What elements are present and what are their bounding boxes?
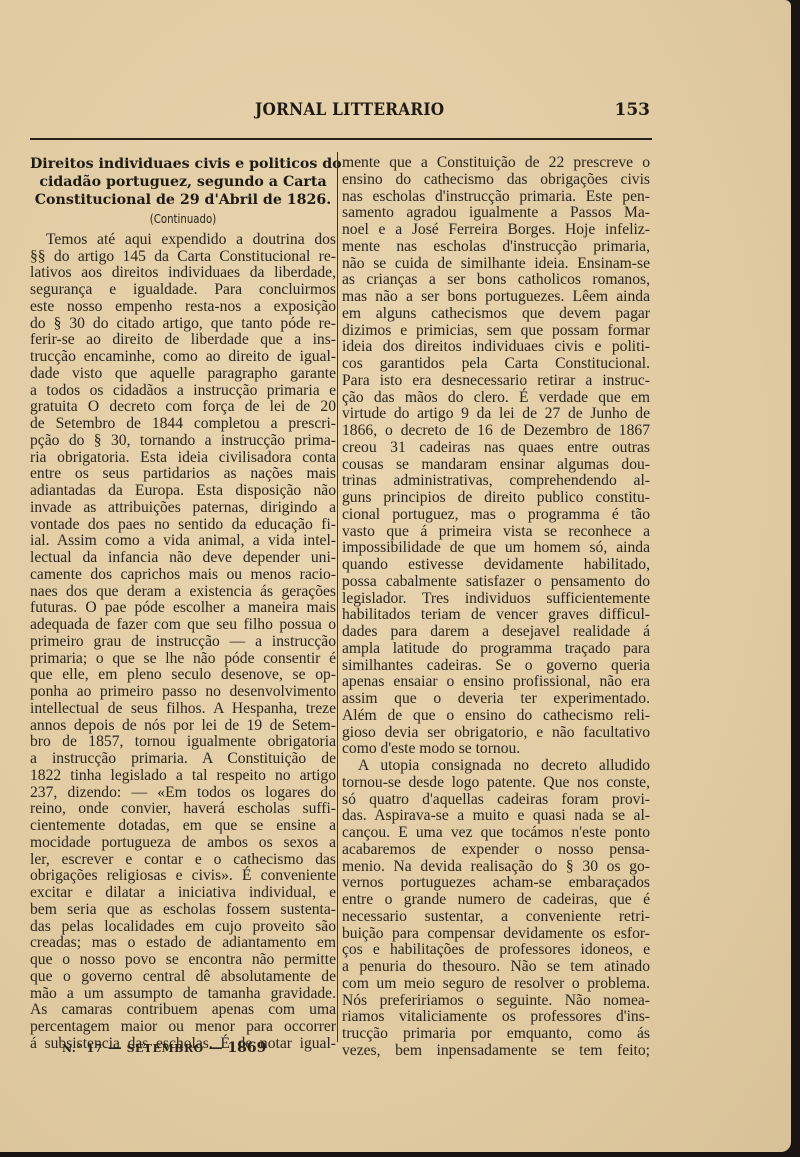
text-line: em alguns cathecismos que devem pagar xyxy=(342,306,650,323)
running-head: JORNAL LITTERARIO 153 xyxy=(30,100,650,124)
text-line: reino, onde convier, haverá escholas suf… xyxy=(30,801,336,818)
text-line: guns principios de direito publico const… xyxy=(342,490,650,507)
text-line: futuras. O pae póde escolher a maneira m… xyxy=(30,600,336,617)
text-line: gioso devia ser obrigatorio, e não facul… xyxy=(342,725,650,742)
footer-separator: — xyxy=(108,1040,122,1056)
text-line: samento agradou igualmente a Passos Ma- xyxy=(342,205,650,222)
text-line: ial. Assim como a vida animal, a vida in… xyxy=(30,533,336,550)
text-line: a penuria do thesouro. Não se tem atinad… xyxy=(342,959,650,976)
text-line: camente dos caprichos mais ou menos raci… xyxy=(30,567,336,584)
text-line: dades para darem a desejavel realidade á xyxy=(342,624,650,641)
text-line: segurança e igualdade. Para concluirmos xyxy=(30,282,336,299)
text-line: ampla latitude do programma traçado para xyxy=(342,641,650,658)
text-line: mente nas escholas d'instrucção primaria… xyxy=(342,239,650,256)
text-line: dizimos e primicias, sem que possam form… xyxy=(342,323,650,340)
text-line: primaria; o que se lhe não póde consenti… xyxy=(30,651,336,668)
text-line: com um meio seguro de resolver o problem… xyxy=(342,976,650,993)
text-line: percentagem maior ou menor para occorrer xyxy=(30,1019,336,1036)
text-line: tornou-se desde logo patente. Que nos co… xyxy=(342,775,650,792)
text-line: habilitados teriam de vencer graves diff… xyxy=(342,607,650,624)
text-line: ria obrigatoria. Esta ideia civilisadora… xyxy=(30,450,336,467)
text-line: menio. Na devida realisação do § 30 os g… xyxy=(342,859,650,876)
text-line: a todos os cidadãos a instrucção primari… xyxy=(30,383,336,400)
text-line: que o nosso povo se encontra não permitt… xyxy=(30,952,336,969)
text-line: que elle, em pleno seculo desenove, se o… xyxy=(30,667,336,684)
text-line: ção das mãos do clero. É verdade que em xyxy=(342,390,650,407)
text-line: pção do § 30, tornando a instrucção prim… xyxy=(30,433,336,450)
text-line: noel e a José Ferreira Borges. Hoje infe… xyxy=(342,222,650,239)
text-line: entre os seus partidarios as nações mais xyxy=(30,466,336,483)
text-line: similhantes cadeiras. Se o governo queri… xyxy=(342,658,650,675)
text-line: legislador. Tres individuos sufficientem… xyxy=(342,591,650,608)
text-line: do § 30 do citado artigo, que tanto póde… xyxy=(30,316,336,333)
text-line: cientemente dotadas, em que se ensine a xyxy=(30,818,336,835)
issue-month: SETEMBRO xyxy=(127,1042,204,1055)
text-line: §§ do artigo 145 da Carta Constitucional… xyxy=(30,249,336,266)
newspaper-page: JORNAL LITTERARIO 153 Direitos individua… xyxy=(0,0,791,1152)
column-divider xyxy=(337,152,338,1042)
text-line: trucção primaria por emquanto, como ás xyxy=(342,1026,650,1043)
text-line: vernos portuguezes acham-se embaraçados xyxy=(342,875,650,892)
text-line: mente que a Constituição de 22 prescreve… xyxy=(342,155,650,172)
text-line: Além de que o ensino do cathecismo reli- xyxy=(342,708,650,725)
text-line: adequada de fazer com que seu filho poss… xyxy=(30,617,336,634)
text-line: excitar e dilatar a iniciativa individua… xyxy=(30,885,336,902)
text-line: Para isto era desnecessario retirar a in… xyxy=(342,373,650,390)
text-line: ideia dos direitos individuaes civis e p… xyxy=(342,339,650,356)
header-rule xyxy=(30,138,652,140)
page-number: 153 xyxy=(615,100,651,120)
text-line: intellectual de seus filhos. A Hespanha,… xyxy=(30,701,336,718)
text-line: 1822 tinha legislado a tal respeito no a… xyxy=(30,768,336,785)
text-line: apenas ensaiar o ensino profissional, nã… xyxy=(342,674,650,691)
left-column-body: Temos até aqui expendido a doutrina dos§… xyxy=(30,232,336,1053)
text-line: naes dos que deram a existencia ás geraç… xyxy=(30,584,336,601)
text-line: as crianças a ser bons catholicos romano… xyxy=(342,272,650,289)
text-line: das pelas localidades em cujo proveito s… xyxy=(30,919,336,936)
text-line: ler, escrever e contar e o cathecismo da… xyxy=(30,852,336,869)
text-line: das. Aspirava-se a muito e quasi nada se… xyxy=(342,808,650,825)
text-line: vezes, bem inpensadamente se tem feito; xyxy=(342,1043,650,1060)
text-line: como d'este modo se tornou. xyxy=(342,741,650,758)
article-title-line: Constitucional de 29 d'Abril de 1826. xyxy=(30,191,336,209)
text-line: impossibilidade de que um homem só, aind… xyxy=(342,540,650,557)
text-line: obrigações religiosas e civis». É conven… xyxy=(30,868,336,885)
text-line: 237, dizendo: — «Em todos os logares do xyxy=(30,785,336,802)
text-line: vasto que á primeira vista se reconhece … xyxy=(342,524,650,541)
text-line: adiantadas da Europa. Esta disposição nã… xyxy=(30,483,336,500)
text-line: que o governo central dê absolutamente d… xyxy=(30,969,336,986)
text-line: possa cabalmente satisfazer o pensamento… xyxy=(342,574,650,591)
issue-year: 1869 xyxy=(227,1040,266,1056)
text-line: a instrucção primaria. A Constituição de xyxy=(30,751,336,768)
left-column: Direitos individuaes civis e politicos d… xyxy=(30,155,336,1053)
text-line: de Setembro de 1844 completou a prescri- xyxy=(30,416,336,433)
text-line: cousas se mandaram ensinar algumas dou- xyxy=(342,457,650,474)
text-line: Temos até aqui expendido a doutrina dos xyxy=(30,232,336,249)
text-line: invade as attribuições paternas, dirigin… xyxy=(30,500,336,517)
continued-label: (Continuado) xyxy=(53,211,313,228)
text-line: entre o grande numero de cadeiras, que é xyxy=(342,892,650,909)
text-line: A utopia consignada no decreto alludido xyxy=(342,758,650,775)
text-line: trinas administrativas, comprehendendo a… xyxy=(342,473,650,490)
article-title: Direitos individuaes civis e politicos d… xyxy=(30,155,336,209)
text-line: mas não a ser bons portuguezes. Lêem ain… xyxy=(342,289,650,306)
text-line: buição para compensar devidamente os esf… xyxy=(342,926,650,943)
text-line: gratuita O decreto com força de lei de 2… xyxy=(30,399,336,416)
text-line: não se cuida de similhante ideia. Ensina… xyxy=(342,256,650,273)
text-line: bro de 1857, tornou igualmente obrigator… xyxy=(30,734,336,751)
text-line: virtude do artigo 9 da lei de 27 de Junh… xyxy=(342,406,650,423)
text-line: ensino do cathecismo das obrigações civi… xyxy=(342,172,650,189)
issue-footer: N.° 17 — SETEMBRO — 1869 xyxy=(62,1040,266,1056)
text-line: assim que o deveria ter experimentado. xyxy=(342,691,650,708)
text-line: cional portuguez, mas o programma é tão xyxy=(342,507,650,524)
text-line: acabaremos de expender o nosso pensa- xyxy=(342,842,650,859)
text-line: mão a um assumpto de tamanha gravidade. xyxy=(30,986,336,1003)
right-column: mente que a Constituição de 22 prescreve… xyxy=(342,155,650,1060)
text-line: nas escholas d'instrucção primaria. Este… xyxy=(342,189,650,206)
text-line: 1866, o decreto de 16 de Dezembro de 186… xyxy=(342,423,650,440)
text-line: Nós prefeririamos o seguinte. Não nomea- xyxy=(342,993,650,1010)
text-line: lativos aos direitos individuaes da libe… xyxy=(30,265,336,282)
journal-title: JORNAL LITTERARIO xyxy=(255,100,444,120)
text-line: ferir-se ao direito de liberdade que a i… xyxy=(30,332,336,349)
text-line: creou 31 cadeiras nas quaes entre outras xyxy=(342,440,650,457)
text-line: cos garantidos pela Carta Constitucional… xyxy=(342,356,650,373)
text-line: quando estivesse devidamente habilitado, xyxy=(342,557,650,574)
text-line: vontade dos paes no sentido da educação … xyxy=(30,517,336,534)
right-column-body: mente que a Constituição de 22 prescreve… xyxy=(342,155,650,1060)
text-line: primeiro grau de instrucção — a instrucç… xyxy=(30,634,336,651)
text-line: lectual da infancia não deve depender un… xyxy=(30,550,336,567)
footer-separator: — xyxy=(209,1040,223,1056)
text-line: ponha ao primeiro passo no desenvolvimen… xyxy=(30,684,336,701)
text-line: dade visto que aquelle paragrapho garant… xyxy=(30,366,336,383)
text-line: cançou. E uma vez que tocámos n'este pon… xyxy=(342,825,650,842)
text-line: annos depois de nós por lei de 19 de Set… xyxy=(30,718,336,735)
text-line: bem seria que as escholas fossem sustent… xyxy=(30,902,336,919)
text-line: creadas; mas o estado de adiantamento em xyxy=(30,935,336,952)
text-line: trucção encaminhe, como ao direito de ig… xyxy=(30,349,336,366)
article-title-line: Direitos individuaes civis e politicos d… xyxy=(30,155,336,173)
text-line: só quatro d'aquellas cadeiras foram prov… xyxy=(342,792,650,809)
article-title-line: cidadão portuguez, segundo a Carta xyxy=(30,173,336,191)
text-line: riamos vitaliciamente os professores d'i… xyxy=(342,1009,650,1026)
text-line: ços e habilitações de professores idoneo… xyxy=(342,942,650,959)
issue-number: N.° 17 xyxy=(62,1042,103,1055)
text-line: mocidade portugueza de ambos os sexos a xyxy=(30,835,336,852)
text-line: necessario sustentar, a conveniente retr… xyxy=(342,909,650,926)
text-line: As camaras contribuem apenas com uma xyxy=(30,1002,336,1019)
text-line: este nosso empenho resta-nos a exposição xyxy=(30,299,336,316)
